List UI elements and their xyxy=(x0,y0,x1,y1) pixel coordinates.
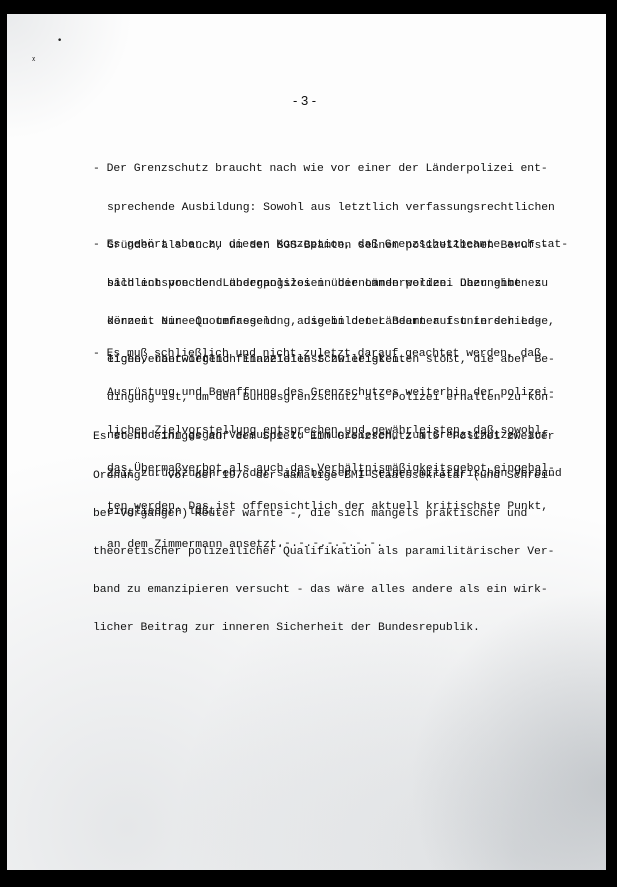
page-number: - 3 - xyxy=(293,93,316,108)
paragraph-line: ber-Vorgänger) Reuter warnte -, die sich… xyxy=(93,508,554,521)
bullet-line: - Es gehört aber zu dieser Konzeption, d… xyxy=(93,239,568,252)
bullet-marker: - xyxy=(93,239,100,251)
bullet-marker: - xyxy=(93,348,100,360)
closing-paragraph: Es steht einiges auf dem Spiel: Ein Gren… xyxy=(93,406,554,660)
bullet-line: Ausrüstung und Bewaffnung des Grenzschut… xyxy=(93,387,555,400)
paragraph-line: band zu emanzipieren versucht - das wäre… xyxy=(93,584,554,597)
scan-speck: • xyxy=(57,36,62,46)
paragraph-line: Ordnung" - vor der 1976 der damalige BMI… xyxy=(93,470,554,483)
bullet-line: - Es muß schließlich und nicht zuletzt d… xyxy=(93,348,555,361)
end-divider: .-.-.-.-.-.-.-. xyxy=(277,538,384,550)
document-page: • ᵡ - 3 - - Der Grenzschutz braucht nach… xyxy=(7,14,606,870)
paragraph-line: Es steht einiges auf dem Spiel: Ein Gren… xyxy=(93,431,554,444)
document-body: - Der Grenzschutz braucht nach wie vor e… xyxy=(7,14,34,128)
bullet-line: sprechende Ausbildung: Sowohl aus letztl… xyxy=(93,202,555,215)
bullet-line: - Der Grenzschutz braucht nach wie vor e… xyxy=(93,163,555,176)
bullet-line: sächlich von den Länderpolizeien übernom… xyxy=(93,278,568,291)
paragraph-line: licher Beitrag zur inneren Sicherheit de… xyxy=(93,622,554,635)
bullet-marker: - xyxy=(93,163,100,175)
